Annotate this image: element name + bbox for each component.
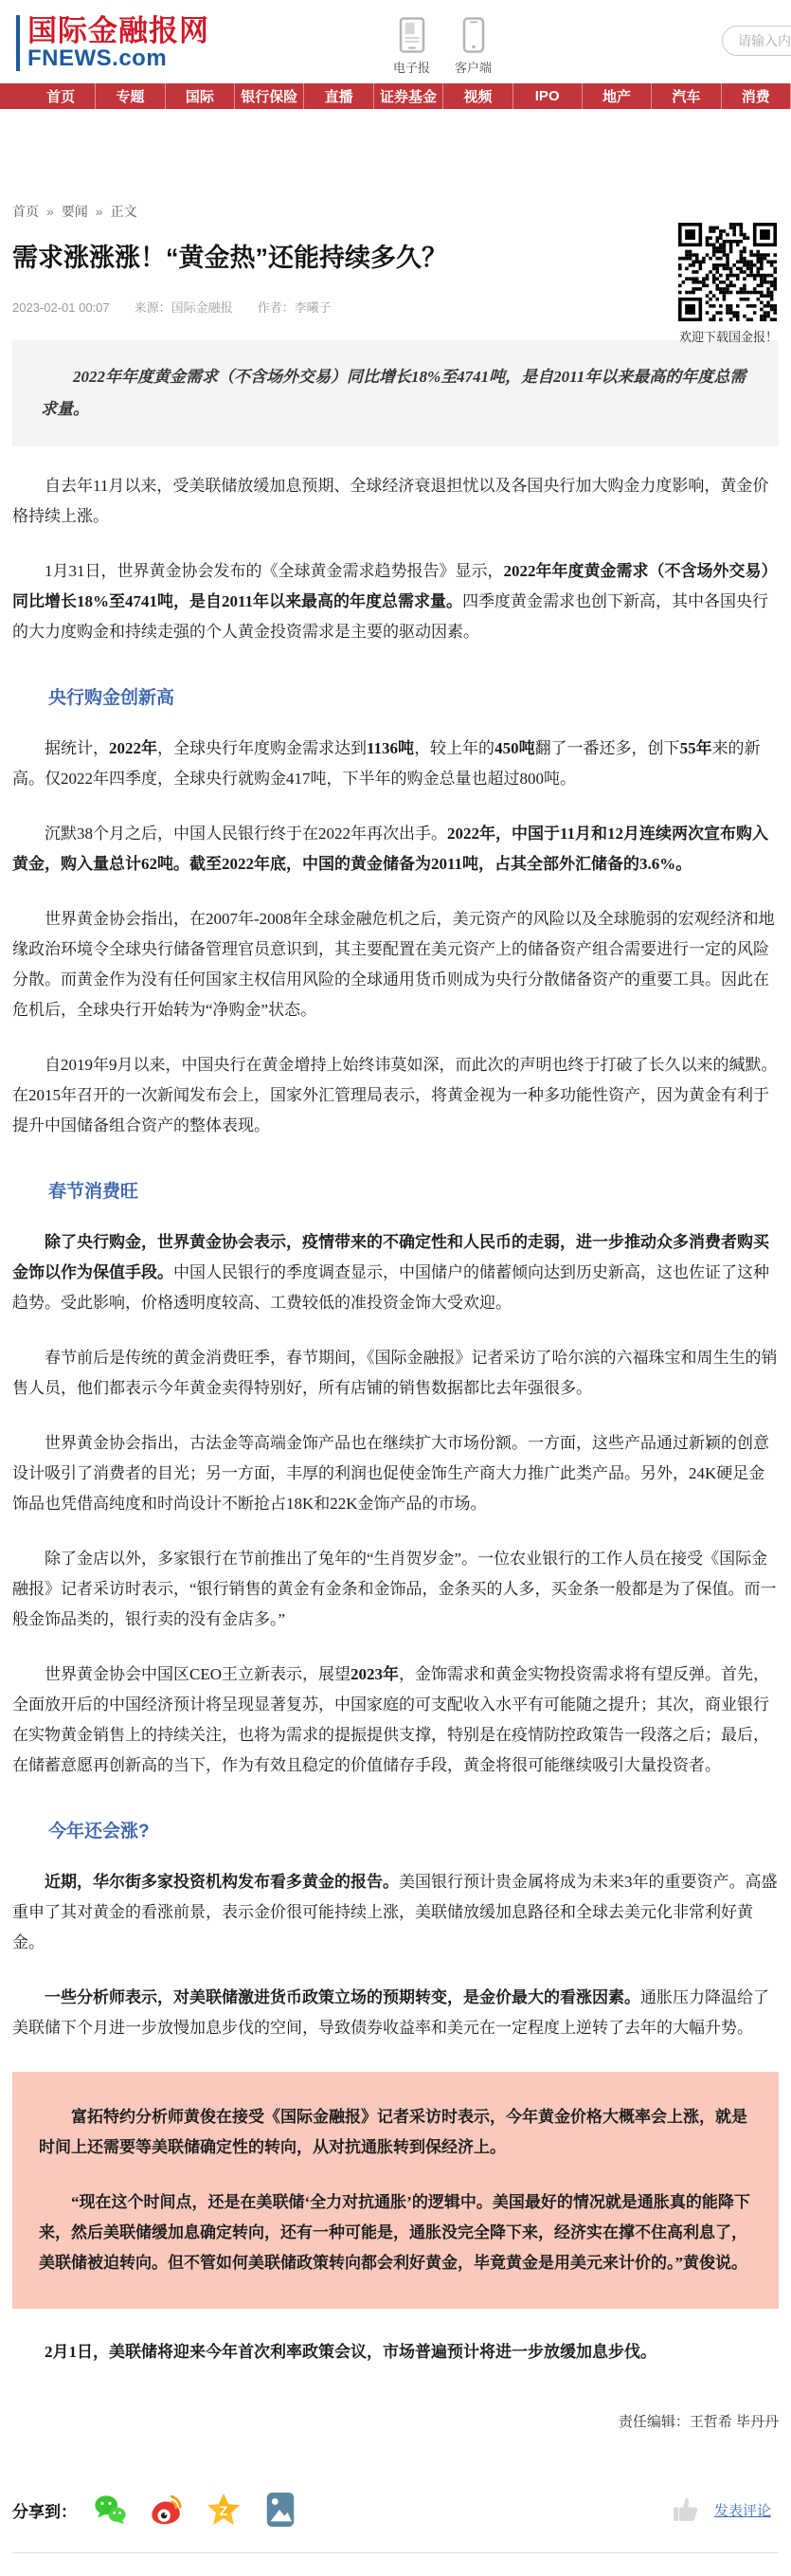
nav-item-0: 首页 <box>27 83 96 109</box>
share-wechat-button[interactable] <box>92 2492 128 2528</box>
article-meta: 2023-02-01 00:07来源：国际金融报作者：李曦子 <box>12 298 779 316</box>
nav-item-10: 消费 <box>722 83 791 109</box>
article-source: 来源：国际金融报 <box>135 300 233 315</box>
editor-credit: 责任编辑：王哲希 毕丹丹 <box>12 2411 779 2431</box>
summary-text: 2022年年度黄金需求（不含场外交易）同比增长18%至4741吨，是自2011年… <box>41 361 750 426</box>
nav-item-2: 国际 <box>166 83 235 109</box>
nav-item-8: 地产 <box>583 83 652 109</box>
article-paragraph: 近期，华尔街多家投资机构发布看多黄金的报告。美国银行预计贵金属将成为未来3年的重… <box>12 1867 779 1958</box>
nav-item-5: 证券基金 <box>374 83 443 109</box>
article-paragraph: 春节前后是传统的黄金消费旺季，春节期间，《国际金融报》记者采访了哈尔滨的六福珠宝… <box>12 1343 779 1404</box>
article-title: 需求涨涨涨！“黄金热”还能持续多久？ <box>12 242 779 274</box>
client-button[interactable]: 客户端 <box>455 17 492 76</box>
site-logo[interactable]: 国际金融报网 FNEWS.com <box>16 15 209 71</box>
article-paragraph: 据统计，2022年，全球央行年度购金需求达到1136吨，较上年的450吨翻了一番… <box>12 734 779 794</box>
share-weibo-button[interactable] <box>149 2492 185 2528</box>
share-bar: 分享到： <box>12 2492 779 2553</box>
nav-link-8[interactable]: 地产 <box>599 86 635 106</box>
article-body: 自去年11月以来，受美联储放缓加息预期、全球经济衰退担忧以及各国央行加大购金力度… <box>12 471 779 2367</box>
section-heading: 春节消费旺 <box>12 1177 779 1203</box>
logo-title: 国际金融报网 <box>27 15 209 46</box>
nav-link-0[interactable]: 首页 <box>43 86 79 106</box>
poster-image-icon <box>262 2492 298 2528</box>
nav-link-9[interactable]: 汽车 <box>668 86 704 106</box>
article-paragraph: 1月31日，世界黄金协会发布的《全球黄金需求趋势报告》显示，2022年年度黄金需… <box>12 556 779 647</box>
section-heading: 今年还会涨? <box>12 1817 779 1842</box>
article-paragraph: 一些分析师表示，对美联储激进货币政策立场的预期转变，是金价最大的看涨因素。通胀压… <box>12 1983 779 2043</box>
epaper-label: 电子报 <box>393 58 430 76</box>
article-page: 欢迎下载国金报！ 首页»要闻»正文 需求涨涨涨！“黄金热”还能持续多久？ 202… <box>0 202 791 2576</box>
breadcrumb: 首页»要闻»正文 <box>12 202 779 221</box>
page: 国际金融报网 FNEWS.com 电子报 客 <box>0 0 791 2576</box>
article-paragraph: 除了央行购金，世界黄金协会表示，疫情带来的不确定性和人民币的走弱，进一步推动众多… <box>12 1227 779 1318</box>
qr-code <box>678 223 777 321</box>
nav-link-7[interactable]: IPO <box>531 88 564 104</box>
nav-item-7: IPO <box>513 83 583 109</box>
article-summary: 2022年年度黄金需求（不含场外交易）同比增长18%至4741吨，是自2011年… <box>12 340 779 446</box>
share-poster-button[interactable] <box>262 2492 298 2528</box>
site-header: 国际金融报网 FNEWS.com 电子报 客 <box>0 0 791 83</box>
breadcrumb-separator: » <box>46 204 54 219</box>
section-heading: 央行购金创新高 <box>12 683 779 709</box>
qr-download: 欢迎下载国金报！ <box>678 223 779 345</box>
breadcrumb-link-2[interactable]: 正文 <box>111 204 137 219</box>
thumbs-up-icon[interactable] <box>669 2494 701 2526</box>
mobile-client-icon <box>462 17 485 53</box>
article-paragraph: 自去年11月以来，受美联储放缓加息预期、全球经济衰退担忧以及各国央行加大购金力度… <box>12 471 779 532</box>
wechat-icon <box>92 2492 128 2528</box>
epaper-icon <box>398 17 426 53</box>
comment-link[interactable]: 发表评论 <box>714 2500 771 2520</box>
qr-caption: 欢迎下载国金报！ <box>678 327 779 345</box>
epaper-button[interactable]: 电子报 <box>393 17 430 76</box>
nav-link-4[interactable]: 直播 <box>321 86 357 106</box>
nav-link-3[interactable]: 银行保险 <box>237 86 301 106</box>
qzone-star-icon: Z <box>206 2492 242 2528</box>
svg-text:Z: Z <box>220 2504 228 2519</box>
article-paragraph: 2月1日，美联储将迎来今年首次利率政策会议，市场普遍预计将进一步放缓加息步伐。 <box>12 2337 779 2367</box>
nav-link-1[interactable]: 专题 <box>113 86 149 106</box>
nav-item-9: 汽车 <box>652 83 721 109</box>
logo-subtitle: FNEWS.com <box>27 46 209 71</box>
highlight-quote-box: 富拓特约分析师黄俊在接受《国际金融报》记者采访时表示，今年黄金价格大概率会上涨，… <box>12 2072 779 2309</box>
article-paragraph: 世界黄金协会指出，在2007年-2008年全球金融危机之后，美元资产的风险以及全… <box>12 904 779 1025</box>
header-apps: 电子报 客户端 <box>393 17 492 76</box>
highlight-paragraph: “现在这个时间点，还是在美联储‘全力对抗通胀’的逻辑中。美国最好的情况就是通胀真… <box>39 2187 752 2278</box>
nav-link-5[interactable]: 证券基金 <box>376 86 440 106</box>
nav-item-4: 直播 <box>304 83 373 109</box>
article-paragraph: 世界黄金协会中国区CEO王立新表示，展望2023年，金饰需求和黄金实物投资需求将… <box>12 1660 779 1781</box>
article-paragraph: 自2019年9月以来，中国央行在黄金增持上始终讳莫如深，而此次的声明也终于打破了… <box>12 1050 779 1141</box>
nav-item-3: 银行保险 <box>235 83 304 109</box>
weibo-icon <box>149 2492 185 2528</box>
highlight-paragraph: 富拓特约分析师黄俊在接受《国际金融报》记者采访时表示，今年黄金价格大概率会上涨，… <box>39 2102 752 2163</box>
nav-link-6[interactable]: 视频 <box>459 86 495 106</box>
share-label: 分享到： <box>12 2498 77 2522</box>
article-author: 作者：李曦子 <box>258 300 332 315</box>
article-paragraph: 除了金店以外，多家银行在节前推出了兔年的“生肖贺岁金”。一位农业银行的工作人员在… <box>12 1544 779 1635</box>
share-qzone-button[interactable]: Z <box>206 2492 242 2528</box>
breadcrumb-link-0[interactable]: 首页 <box>12 204 39 219</box>
breadcrumb-link-1[interactable]: 要闻 <box>62 204 88 219</box>
client-label: 客户端 <box>455 58 492 76</box>
article-paragraph: 世界黄金协会指出，古法金等高端金饰产品也在继续扩大市场份额。一方面，这些产品通过… <box>12 1428 779 1519</box>
nav-item-1: 专题 <box>96 83 165 109</box>
main-nav: 首页专题国际银行保险直播证券基金视频IPO地产汽车消费 <box>0 83 791 109</box>
publish-date: 2023-02-01 00:07 <box>12 300 110 315</box>
nav-link-10[interactable]: 消费 <box>738 86 774 106</box>
breadcrumb-separator: » <box>96 204 103 219</box>
nav-link-2[interactable]: 国际 <box>182 86 218 106</box>
search-input[interactable] <box>722 26 791 56</box>
nav-item-6: 视频 <box>443 83 512 109</box>
article-paragraph: 沉默38个月之后，中国人民银行终于在2022年再次出手。2022年，中国于11月… <box>12 819 779 880</box>
